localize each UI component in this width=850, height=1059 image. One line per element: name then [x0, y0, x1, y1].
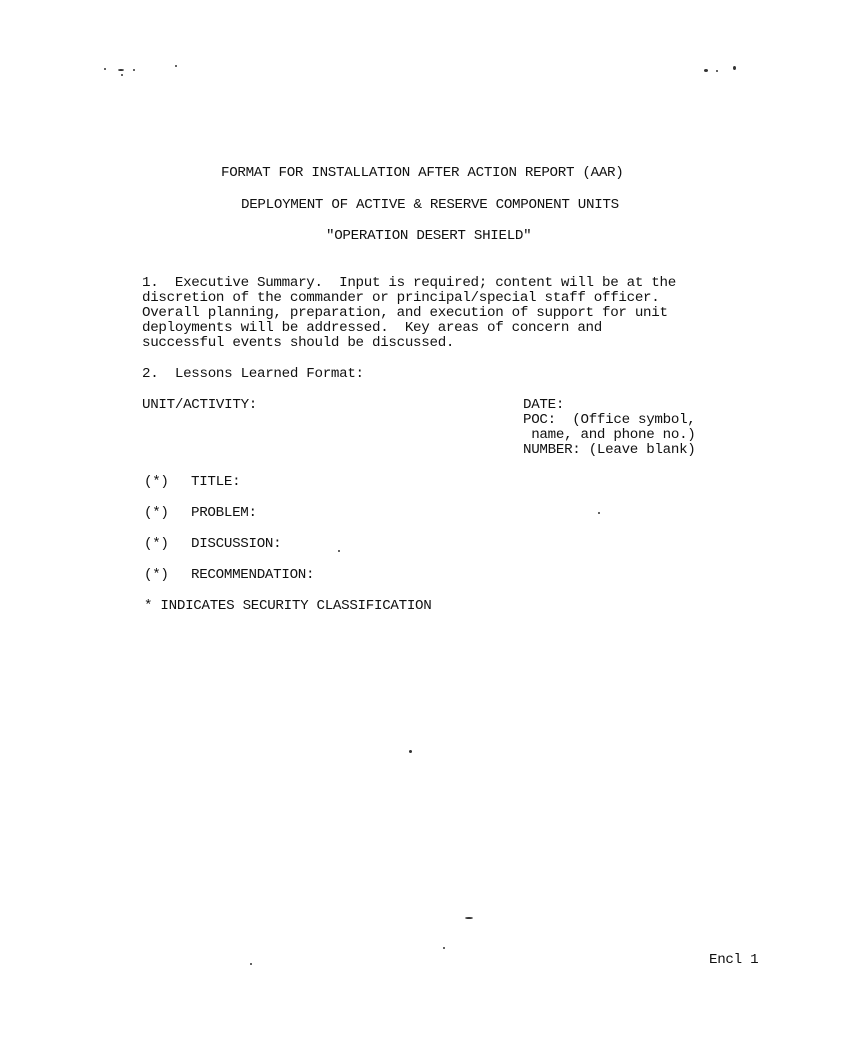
scan-artifact [733, 66, 736, 70]
scan-artifact [121, 74, 123, 76]
classification-marker: (*) [144, 506, 169, 522]
scan-artifact [465, 917, 473, 919]
scan-artifact [175, 65, 177, 67]
number-label: NUMBER: (Leave blank) [523, 443, 696, 459]
field-label: PROBLEM: [191, 506, 257, 522]
classification-marker: (*) [144, 568, 169, 584]
scan-artifact [409, 750, 412, 753]
scan-artifact [338, 550, 340, 552]
scan-artifact [250, 963, 252, 965]
enclosure-label: Encl 1 [709, 953, 758, 969]
paragraph-line: successful events should be discussed. [142, 336, 454, 352]
classification-marker: (*) [144, 475, 169, 491]
scan-artifact [598, 512, 600, 514]
document-subtitle: DEPLOYMENT OF ACTIVE & RESERVE COMPONENT… [241, 198, 619, 214]
classification-marker: (*) [144, 537, 169, 553]
section-heading: 2. Lessons Learned Format: [142, 367, 364, 383]
field-label: RECOMMENDATION: [191, 568, 314, 584]
scan-artifact [104, 68, 106, 70]
scan-artifact [716, 70, 718, 72]
scan-artifact [443, 947, 445, 949]
document-title: FORMAT FOR INSTALLATION AFTER ACTION REP… [221, 166, 623, 182]
scan-artifact [704, 69, 708, 72]
field-label: TITLE: [191, 475, 240, 491]
field-label: DISCUSSION: [191, 537, 281, 553]
document-page: FORMAT FOR INSTALLATION AFTER ACTION REP… [0, 0, 850, 1059]
scan-artifact [133, 69, 135, 71]
security-footnote: * INDICATES SECURITY CLASSIFICATION [144, 599, 432, 615]
operation-name: "OPERATION DESERT SHIELD" [326, 229, 531, 245]
unit-activity-label: UNIT/ACTIVITY: [142, 398, 257, 414]
scan-artifact [118, 69, 124, 71]
